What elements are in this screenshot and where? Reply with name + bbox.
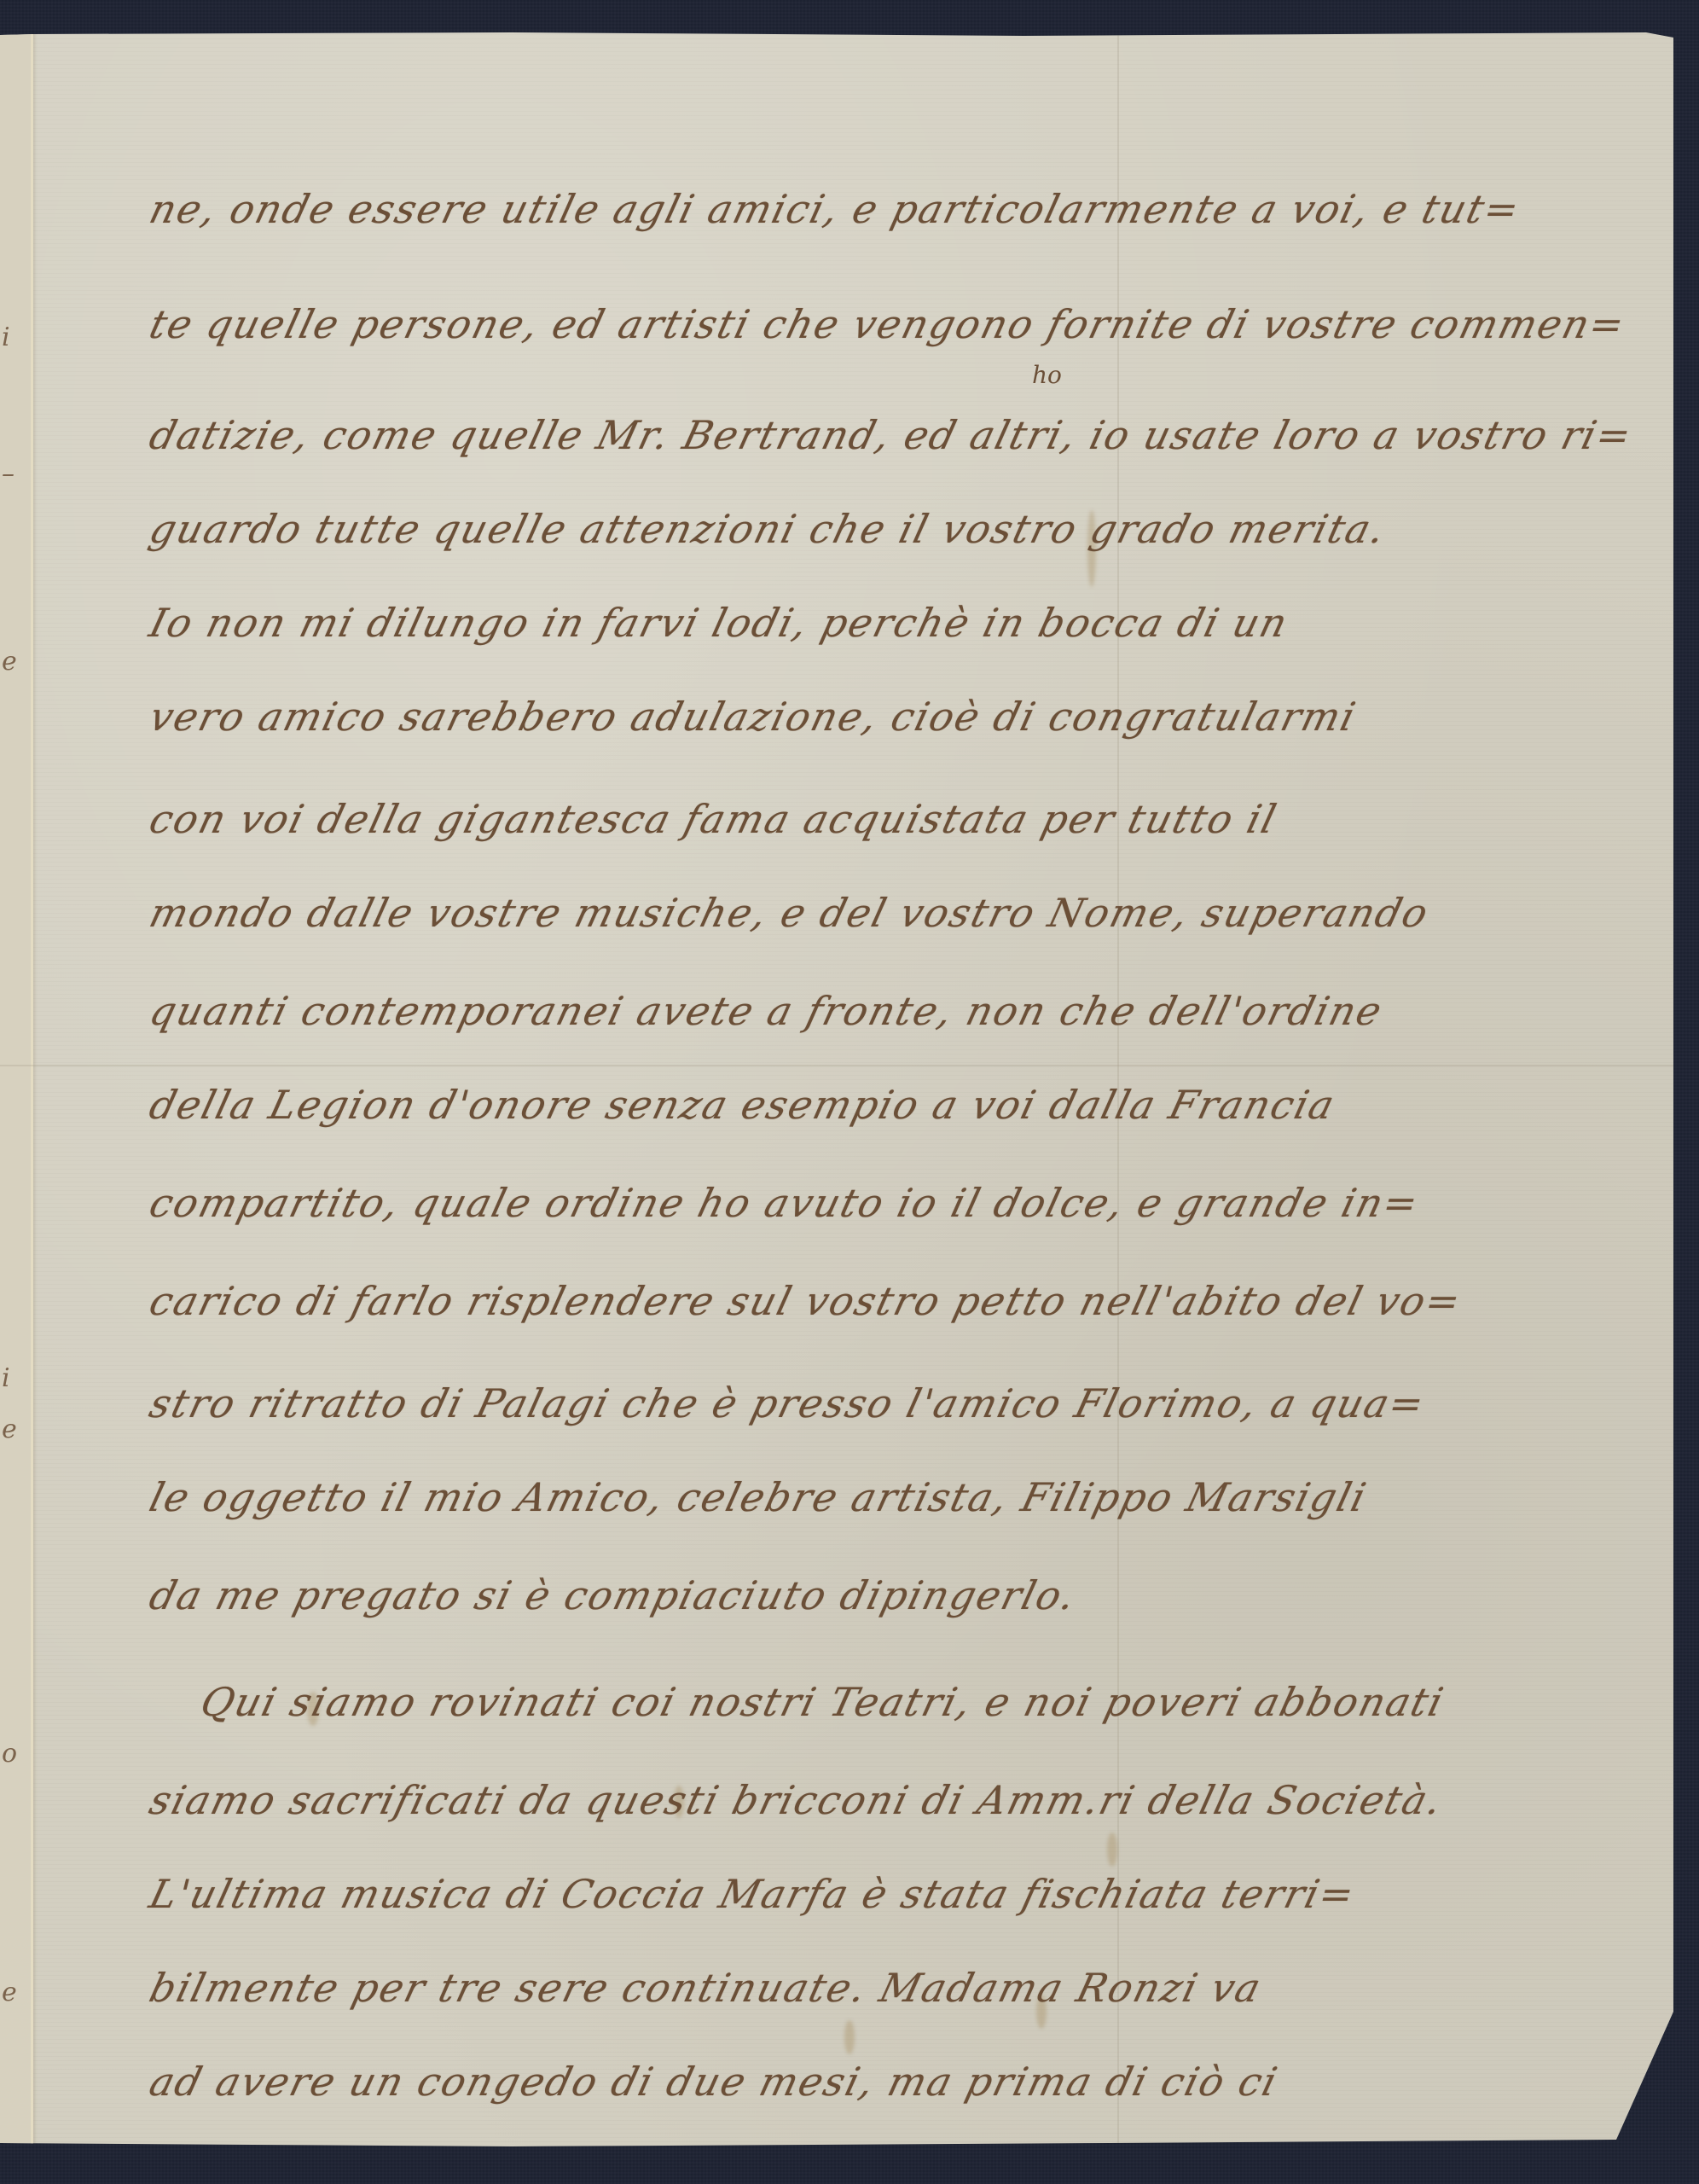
text-line: datizie, come quelle Mr. Bertrand, ed al… (145, 412, 1638, 458)
text-line: compartito, quale ordine ho avuto io il … (145, 1180, 1424, 1226)
margin-fragment: e (2, 1414, 17, 1444)
text-line: bilmente per tre sere continuate. Madama… (145, 1965, 1267, 2011)
margin-fragment: – (2, 459, 14, 489)
margin-fragment: e (2, 647, 17, 677)
text-line: L'ultima musica di Coccia Marfa è stata … (145, 1871, 1360, 1917)
foxing-stain (844, 2020, 855, 2054)
text-line: te quelle persone, ed artisti che vengon… (145, 301, 1631, 347)
margin-fragment: e (2, 1978, 17, 2007)
text-line: Qui siamo rovinati coi nostri Teatri, e … (196, 1679, 1449, 1725)
text-line: Io non mi dilungo in farvi lodi, perchè … (145, 600, 1293, 646)
text-line: della Legion d'onore senza esempio a voi… (145, 1082, 1341, 1128)
text-line: vero amico sarebbero adulazione, cioè di… (145, 694, 1361, 740)
manuscript-page: i – e i e o e ne, onde essere utile agli… (0, 32, 1673, 2146)
text-line: mondo dalle vostre musiche, e del vostro… (145, 890, 1434, 936)
text-line: siamo sacrificati da questi bricconi di … (145, 1777, 1448, 1823)
text-line: guardo tutte quelle attenzioni che il vo… (145, 506, 1391, 552)
text-line: carico di farlo risplendere sul vostro p… (145, 1278, 1467, 1324)
text-line: quanti contemporanei avete a fronte, non… (145, 988, 1388, 1034)
interlinear-insertion: ho (1032, 361, 1062, 389)
margin-fragment: i (2, 1363, 10, 1393)
text-line: ad avere un congedo di due mesi, ma prim… (145, 2059, 1283, 2105)
text-line: stro ritratto di Palagi che è presso l'a… (145, 1380, 1430, 1426)
text-line: ne, onde essere utile agli amici, e part… (145, 186, 1525, 232)
foxing-stain (1107, 1833, 1117, 1867)
text-line: da me pregato si è compiaciuto dipingerl… (145, 1572, 1081, 1618)
horizontal-fold-crease (0, 1065, 1673, 1066)
text-line: le oggetto il mio Amico, celebre artista… (145, 1474, 1372, 1520)
margin-fragment: i (2, 322, 10, 352)
margin-fragment: o (2, 1739, 17, 1769)
text-line: con voi della gigantesca fama acquistata… (145, 796, 1282, 842)
